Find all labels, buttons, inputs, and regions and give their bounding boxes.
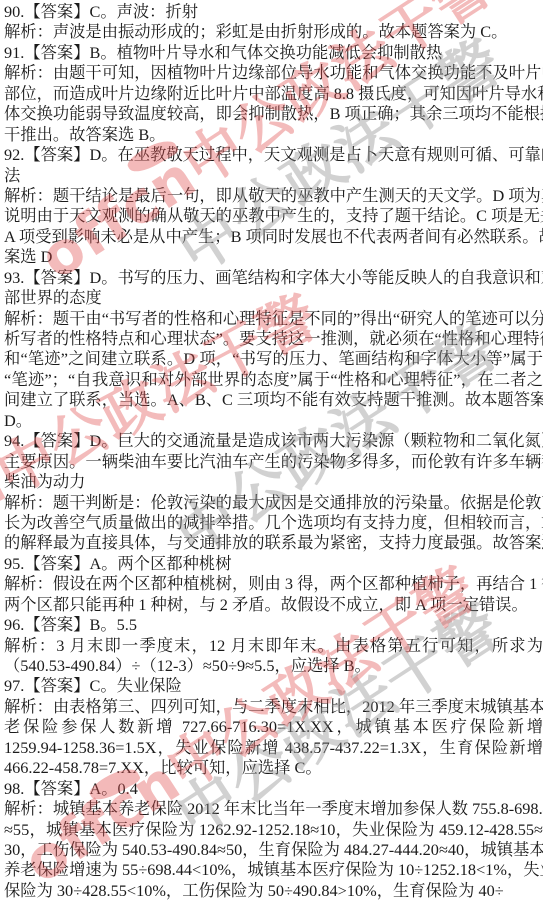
doc-line: 97.【答案】C。失业保险: [4, 676, 543, 696]
doc-line: 析写者的性格特点和心理状态”。要支持这一推测，就必须在“性格和心理特征”: [4, 329, 543, 349]
doc-line: 解析：声波是由振动形成的；彩虹是由折射形成的。故本题答案为 C。: [4, 22, 543, 42]
answer-key-text-block: 90.【答案】C。声波：折射 解析：声波是由振动形成的；彩虹是由折射形成的。故本…: [4, 2, 543, 900]
doc-line: 的解释最为直接具体，与交通排放的联系最为紧密，支持力度最强。故答案选 D。: [4, 533, 543, 553]
doc-line: 解析：题干判断是：伦敦污染的最大成因是交通排放的污染量。依据是伦敦市市: [4, 493, 543, 513]
doc-line: A 项受到影响未必是从中产生；B 项同时发展也不代表两者间有必然联系。故答: [4, 227, 543, 247]
doc-line: 和“笔迹”之间建立联系。D 项，“书写的压力、笔画结构和字体大小等”属于: [4, 349, 543, 369]
doc-line: 说明由于天文观测的确从敬天的巫教中产生的，支持了题干结论。C 项是无关项；: [4, 206, 543, 226]
doc-line: 466.22-458.78=7.XX，比较可知，应选择 C。: [4, 758, 543, 778]
doc-line: 案选 D: [4, 247, 543, 267]
doc-line: 两个区都只能再种 1 种树，与 2 矛盾。故假设不成立，即 A 项一定错误。: [4, 595, 543, 615]
doc-line: 长为改善空气质量做出的减排举措。几个选项均有支持力度，但相较而言，D 项: [4, 513, 543, 533]
doc-line: 主要原因。一辆柴油车要比汽油车产生的污染物多得多，而伦敦有许多车辆都以: [4, 452, 543, 472]
scanned-answer-page: 90.【答案】C。声波：折射 解析：声波是由振动形成的；彩虹是由折射形成的。故本…: [0, 0, 545, 900]
doc-line: 91.【答案】B。植物叶片导水和气体交换功能减低会抑制散热: [4, 43, 543, 63]
doc-line: 90.【答案】C。声波：折射: [4, 2, 543, 22]
doc-line: 1259.94-1258.36=1.5X，失业保险新增 438.57-437.2…: [4, 738, 543, 758]
doc-line: 解析：题干结论是最后一句，即从敬天的巫教中产生测天的天文学。D 项为真则: [4, 186, 543, 206]
doc-line: 干推出。故答案选 B。: [4, 125, 543, 145]
doc-line: 解析：由表格第三、四列可知，与二季度末相比，2012 年三季度末城镇基本养: [4, 697, 543, 717]
doc-line: 部位，而造成叶片边缘附近比叶片中部温度高 8.8 摄氏度，可知因叶片导水和气: [4, 84, 543, 104]
doc-line: （540.53-490.84）÷（12-3）≈50÷9≈5.5，应选择 B。: [4, 656, 543, 676]
doc-line: 92.【答案】D。在巫教敬天过程中，天文观测是占卜天意有规则可循、可靠的方: [4, 145, 543, 165]
doc-line: 96.【答案】B。5.5: [4, 615, 543, 635]
doc-line: 30，工伤保险为 540.53-490.84≈50，生育保险为 484.27-4…: [4, 840, 543, 860]
doc-line: 柴油为动力: [4, 472, 543, 492]
doc-line: 95.【答案】A。两个区都种桃树: [4, 554, 543, 574]
doc-line: D。: [4, 411, 543, 431]
doc-line: 保险为 30÷428.55<10%，工伤保险为 50÷490.84>10%，生育…: [4, 881, 543, 900]
doc-line: 解析：城镇基本养老保险 2012 年末比当年一季度末增加参保人数 755.8-6…: [4, 799, 543, 819]
doc-line: 养老保险增速为 55÷698.44<10%，城镇基本医疗保险为 10÷1252.…: [4, 860, 543, 880]
doc-line: ≈55，城镇基本医疗保险为 1262.92-1252.18≈10，失业保险为 4…: [4, 820, 543, 840]
doc-line: 解析：由题干可知，因植物叶片边缘部位导水功能和气体交换功能不及叶片中间: [4, 63, 543, 83]
doc-line: 部世界的态度: [4, 288, 543, 308]
doc-line: 94.【答案】D。巨大的交通流量是造成该市两大污染源（颗粒物和二氧化氮）的: [4, 431, 543, 451]
doc-line: 体交换功能弱导致温度较高，即会抑制散热，B 项正确；其余三项均不能根据题: [4, 104, 543, 124]
doc-line: “笔迹”；“自我意识和对外部世界的态度”属于“性格和心理特征”，在二者之: [4, 370, 543, 390]
doc-line: 老保险参保人数新增 727.66-716.30=1X.XX，城镇基本医疗保险新增: [4, 717, 543, 737]
doc-line: 93.【答案】D。书写的压力、画笔结构和字体大小等能反映人的自我意识和对外: [4, 268, 543, 288]
doc-line: 98.【答案】A。0.4: [4, 779, 543, 799]
doc-line: 解析：假设在两个区都种植桃树，则由 3 得，两个区都种植柿子，再结合 1 得，: [4, 574, 543, 594]
doc-line: 法: [4, 166, 543, 186]
doc-line: 解析：3 月末即一季度末，12 月末即年末。由表格第五行可知，所求为: [4, 636, 543, 656]
doc-line: 解析：题干由“书写者的性格和心理特征是不同的”得出“研究人的笔迹可以分: [4, 309, 543, 329]
doc-line: 间建立了联系，当选。A、B、C 三项均不能有效支持题干推测。故本题答案为: [4, 390, 543, 410]
